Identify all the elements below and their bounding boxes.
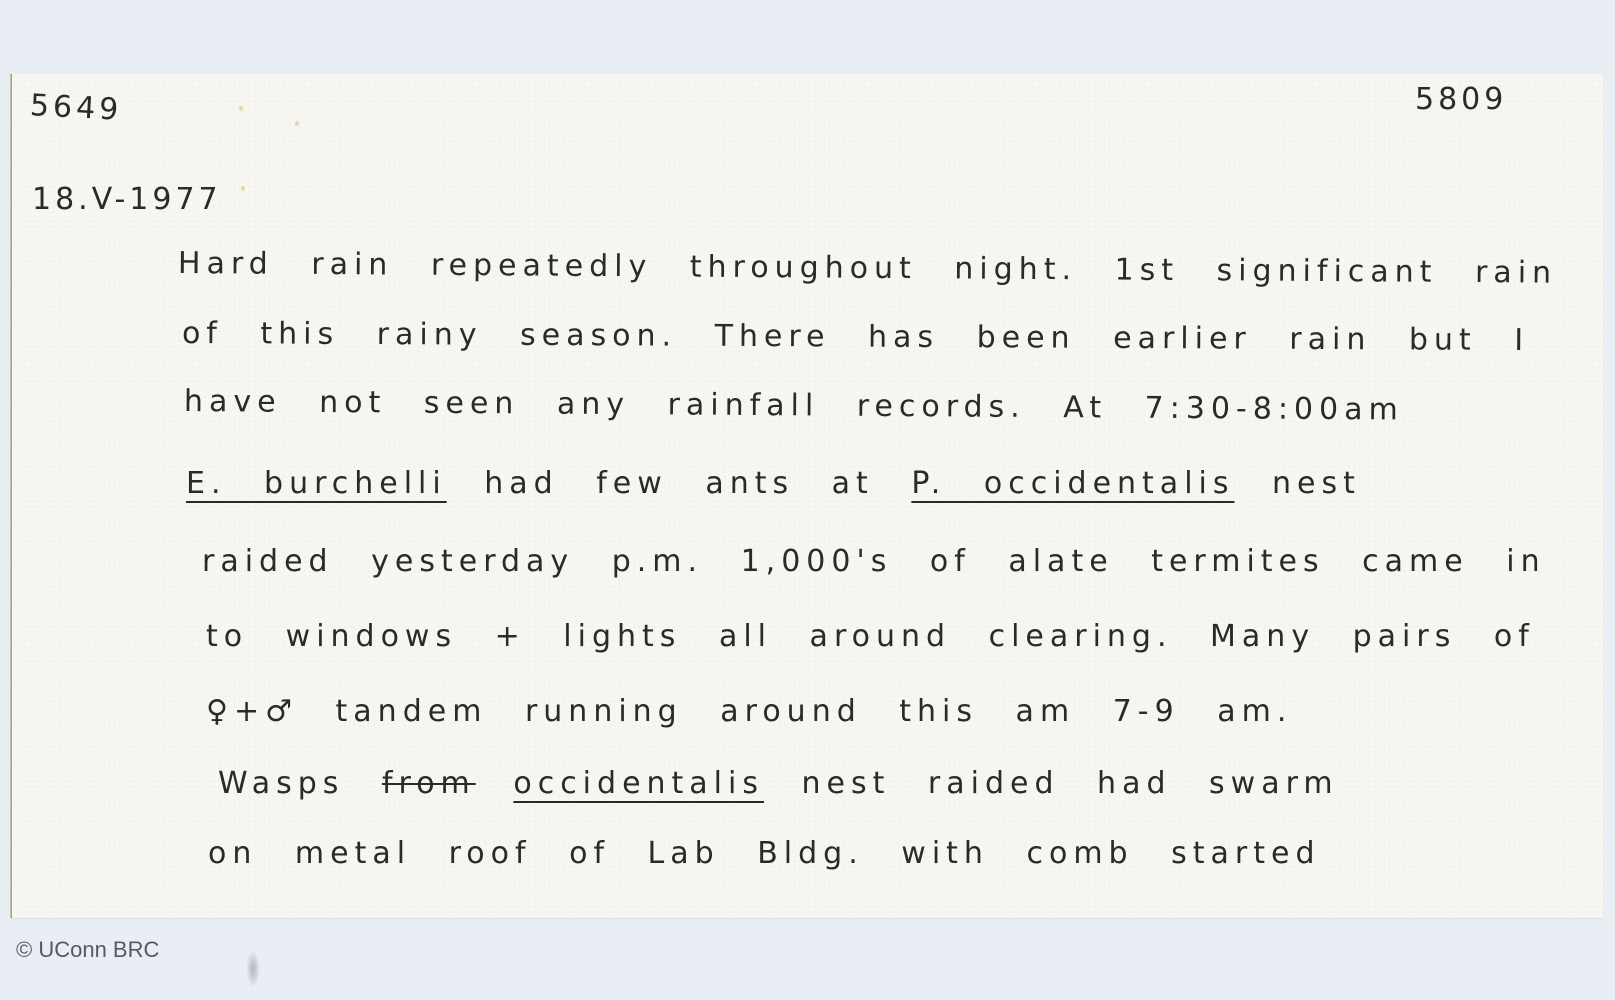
note-line-9: on metal roof of Lab Bldg. with comb sta… [208, 836, 1321, 871]
struck-word: from [382, 766, 476, 801]
note-text: have not seen any rainfall records. At 7… [184, 384, 1404, 428]
paper-stain [239, 106, 243, 111]
note-text: nest raided had swarm [764, 766, 1339, 801]
note-line-2: of this rainy season. There has been ear… [182, 316, 1529, 358]
note-line-7: ♀+♂ tandem running around this am 7-9 am… [206, 694, 1292, 729]
species-name-occidentalis: occidentalis [513, 766, 764, 801]
note-text: Wasps [218, 766, 382, 801]
note-text: nest [1235, 466, 1361, 501]
note-text: to windows + lights all around clearing.… [206, 619, 1535, 654]
species-name-polybia: P. occidentalis [911, 466, 1234, 501]
note-line-6: to windows + lights all around clearing.… [206, 619, 1535, 654]
copyright-credit: © UConn BRC [16, 937, 159, 963]
index-card: 5649 5809 18.V-1977 Hard rain repeatedly… [11, 74, 1603, 918]
paper-stain [295, 121, 299, 126]
note-line-5: raided yesterday p.m. 1,000's of alate t… [202, 544, 1546, 579]
paper-stain [241, 186, 245, 191]
note-line-1: Hard rain repeatedly throughout night. 1… [178, 246, 1557, 291]
ink-smudge [246, 950, 260, 988]
species-name-eciton: E. burchelli [186, 466, 447, 501]
catalog-number-left: 5649 [29, 88, 123, 128]
note-line-8: Wasps from occidentalis nest raided had … [218, 766, 1339, 801]
note-text: of this rainy season. There has been ear… [182, 316, 1529, 358]
catalog-number-right: 5809 [1415, 82, 1507, 117]
note-text [476, 766, 514, 801]
note-text: had few ants at [447, 466, 912, 501]
note-text: raided yesterday p.m. 1,000's of alate t… [202, 544, 1546, 579]
note-line-4: E. burchelli had few ants at P. occident… [186, 466, 1361, 501]
note-text: Hard rain repeatedly throughout night. 1… [178, 246, 1557, 291]
note-text: ♀+♂ tandem running around this am 7-9 am… [206, 694, 1292, 729]
entry-date: 18.V-1977 [32, 182, 222, 217]
note-text: on metal roof of Lab Bldg. with comb sta… [208, 836, 1321, 871]
note-line-3: have not seen any rainfall records. At 7… [184, 384, 1404, 428]
